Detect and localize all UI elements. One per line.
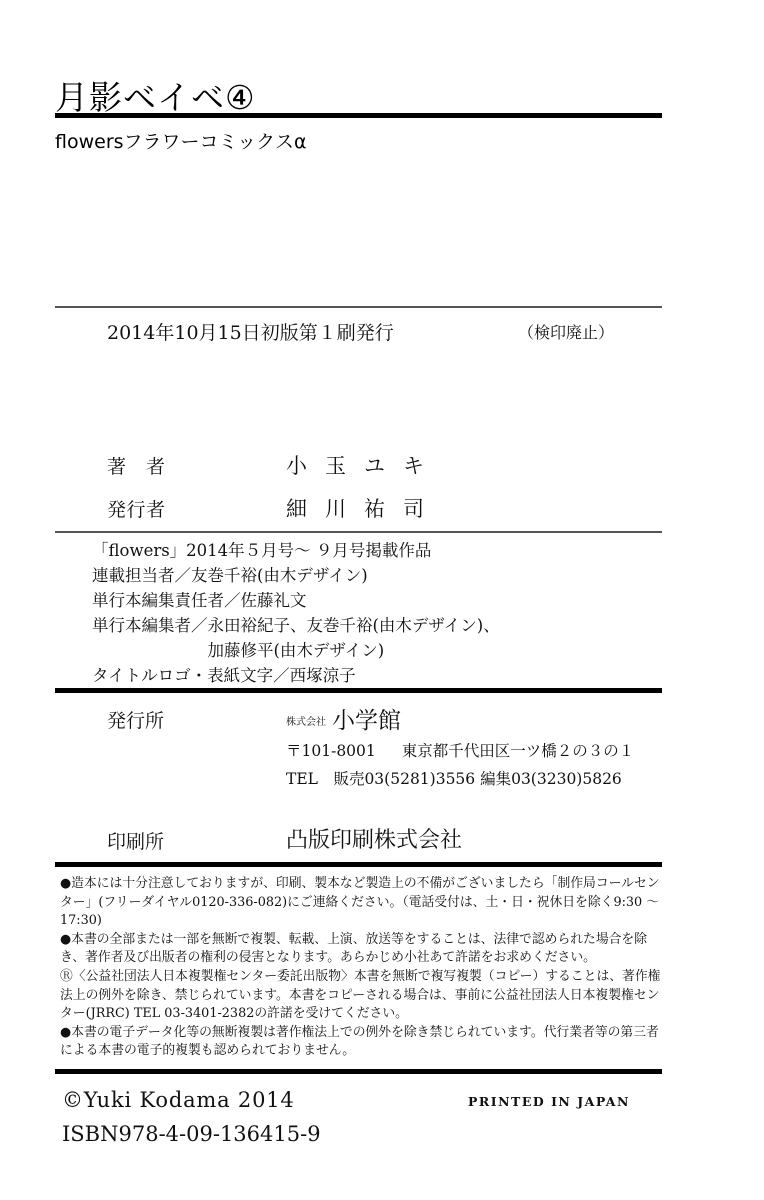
divider-thick (55, 862, 662, 867)
legal-notices: ●造本には十分注意しておりますが、印刷、製本など製造上の不備がございましたら「制… (60, 875, 670, 1061)
seal-note: （検印廃止） (518, 320, 614, 343)
copyright: ©Yuki Kodama 2014 (62, 1088, 295, 1112)
issuer-name: 細川祐司 (286, 493, 442, 523)
credit-line: タイトルロゴ・表紙文字／西塚涼子 (92, 662, 356, 686)
divider-thin (55, 306, 662, 308)
company-name: 小学館 (332, 708, 401, 734)
author-label: 著 者 (107, 452, 166, 479)
divider-thick (55, 1069, 662, 1074)
notice-reproduction: ●本書の全部または一部を無断で複製、転載、上演、放送等をすることは、法律で認めら… (60, 931, 670, 968)
book-title: 月影ベイベ④ (55, 72, 256, 119)
edition-date: 2014年10月15日初版第１刷発行 (107, 318, 394, 345)
isbn: ISBN978-4-09-136415-9 (62, 1122, 321, 1146)
author-name: 小玉ユキ (286, 450, 442, 480)
credit-line: 「flowers」2014年５月号～ ９月号掲載作品 (92, 537, 431, 561)
credit-line: 単行本編集責任者／佐藤礼文 (92, 587, 307, 611)
street-address: 東京都千代田区一ツ橋２の３の１ (402, 742, 635, 760)
printer-name: 凸版印刷株式会社 (286, 823, 462, 854)
publisher-tel: TEL 販売03(5281)3556 編集03(3230)5826 (286, 767, 622, 789)
publisher-address: 〒101-8001東京都千代田区一ツ橋２の３の１ (286, 739, 634, 761)
postal-code: 〒101-8001 (286, 742, 376, 760)
issuer-label: 発行者 (107, 495, 166, 522)
notice-defects: ●造本には十分注意しておりますが、印刷、製本など製造上の不備がございましたら「制… (60, 875, 670, 931)
notice-digital: ●本書の電子データ化等の無断複製は著作権法上での例外を除き禁じられています。代行… (60, 1024, 670, 1061)
imprint-label: flowersフラワーコミックスα (55, 127, 307, 154)
publisher-label: 発行所 (107, 706, 164, 733)
credit-line: 単行本編集者／永田裕紀子、友巻千裕(由木デザイン)、 (92, 612, 500, 636)
divider-thin (55, 531, 662, 533)
publisher-company: 株式会社小学館 (286, 702, 401, 735)
divider-thick (55, 113, 662, 118)
printed-in-japan: PRINTED IN JAPAN (468, 1094, 630, 1109)
printer-label: 印刷所 (107, 827, 164, 854)
credit-line: 加藤修平(由木デザイン) (92, 637, 384, 661)
notice-jrrc: Ⓡ〈公益社団法人日本複製権センター委託出版物〉本書を無断で複写複製（コピー）する… (60, 968, 670, 1024)
credit-line: 連載担当者／友巻千裕(由木デザイン) (92, 562, 368, 586)
company-prefix: 株式会社 (286, 717, 326, 728)
divider-thick (55, 688, 662, 693)
